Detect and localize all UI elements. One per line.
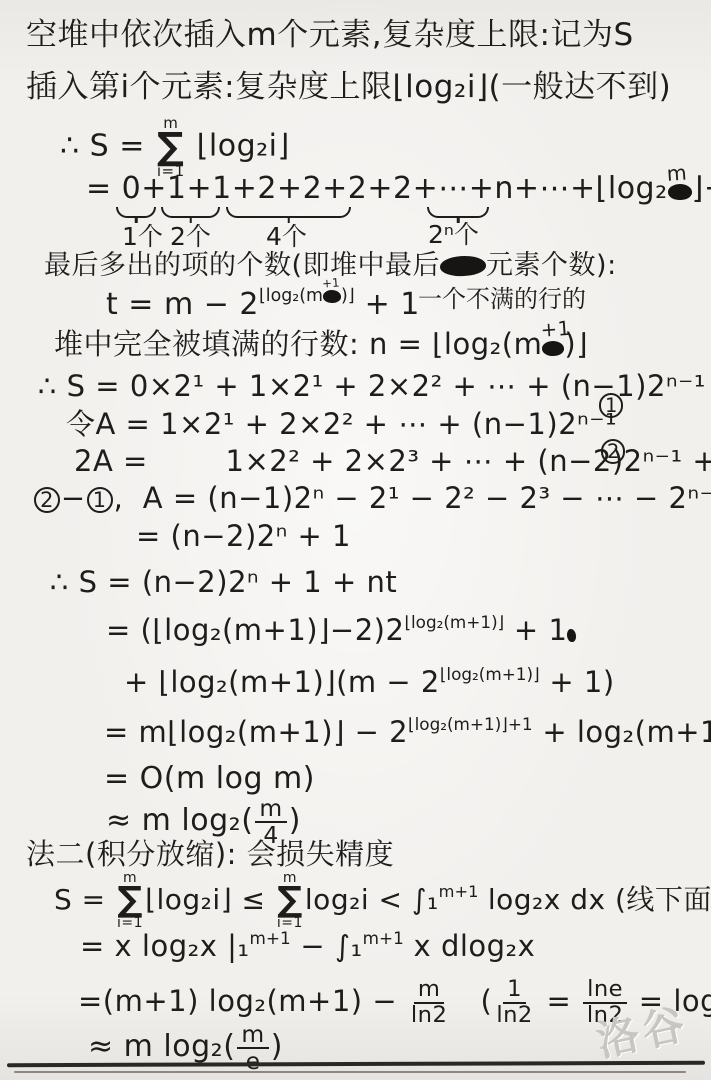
text-segment: m+1 xyxy=(250,928,291,948)
text-segment: S = xyxy=(54,883,115,916)
superscript: ⌊log₂(m+1)⌋+1 xyxy=(408,715,533,734)
text-segment: ⌊log₂(m+1)⌋ xyxy=(404,612,504,632)
line-s-expand-1: = (⌊log₂(m+1)⌋−2)2⌊log₂(m+1)⌋ + 1 xyxy=(106,614,576,647)
text-segment: = xyxy=(537,984,581,1018)
text-segment: ) xyxy=(289,803,301,838)
line-intro-line-1: 空堆中依次插入m个元素,复杂度上限:记为S xyxy=(26,18,634,54)
line-s-closed-form: ∴ S = (n−2)2ⁿ + 1 + nt xyxy=(50,566,397,599)
text-segment: log₂x dx (线下面积) xyxy=(478,883,711,916)
line-integral-bound: S = m∑i=1⌊log₂i⌋ ≤ m∑i=1log₂i < ∫₁m+1 lo… xyxy=(54,872,711,930)
scribbled-out-blob: m xyxy=(667,183,692,201)
text-segment: + log₂(m+1) + 1 xyxy=(533,715,711,749)
line-method2-heading: 法二(积分放缩): 会损失精度 xyxy=(26,838,394,871)
correction-note: 一个不满的行的 xyxy=(418,286,586,312)
line-full-rows-formula: 堆中完全被填满的行数: n = ⌊log₂(m+1)⌋ xyxy=(54,328,588,361)
text-segment: + 1 xyxy=(504,613,567,647)
text-segment: = m⌊log₂(m+1)⌋ − 2 xyxy=(104,715,408,749)
superscript: m+1 xyxy=(439,883,479,902)
line-s-expand-3: = m⌊log₂(m+1)⌋ − 2⌊log₂(m+1)⌋+1 + log₂(m… xyxy=(104,716,711,749)
text-segment: ≈ m log₂( xyxy=(106,803,253,838)
text-segment: m+1 xyxy=(363,928,404,948)
text-segment: 空堆中依次插入m个元素,复杂度上限:记为S xyxy=(26,17,634,53)
underbrace-2 xyxy=(161,207,220,218)
underbrace-1 xyxy=(116,207,156,218)
text-segment: 插入第i个元素:复杂度上限⌊log₂i⌋(一般达不到) xyxy=(26,69,671,105)
text-segment: + 1 xyxy=(355,287,420,322)
scribbled-out-blob xyxy=(439,254,486,277)
text-segment: , A = (n−1)2ⁿ − 2¹ − 2² − 2³ − ⋯ − 2ⁿ⁻¹ xyxy=(114,481,711,515)
underbrace-3 xyxy=(226,207,351,218)
insertion-above: +1 xyxy=(322,278,340,291)
superscript: ⌊log₂(m+1)⌋ xyxy=(440,665,540,684)
text-segment: log₂i < ∫₁ xyxy=(305,883,439,916)
text-segment: = (⌊log₂(m+1)⌋−2)2 xyxy=(106,613,404,647)
text-segment: x dlog₂x xyxy=(404,929,536,963)
circled-equation-number: 1 xyxy=(87,487,113,513)
eq-number-2: 2 xyxy=(600,436,626,466)
insertion-above: m xyxy=(666,162,688,184)
sum-with-limits: m∑i=1 xyxy=(277,872,303,930)
text-segment: )⌋ xyxy=(341,286,355,306)
text-segment: + ⌊log₂(m+1)⌋(m − 2 xyxy=(124,665,440,699)
insertion-above: +1 xyxy=(540,319,571,341)
text-segment: 最后多出的项的个数(即堆中最后 xyxy=(44,250,440,281)
text-segment: − ∫₁ xyxy=(291,929,363,963)
line-integral-eval: = x log₂x |₁m+1 − ∫₁m+1 x dlog₂x xyxy=(80,930,535,963)
text-segment: = O(m log m) xyxy=(104,761,315,796)
superscript: ⌊log₂(m+1)⌋ xyxy=(259,286,355,306)
text-segment: ⌋+⋯ xyxy=(692,171,711,206)
text-segment: =(m+1) log₂(m+1) − xyxy=(78,984,407,1018)
line-t-formula: t = m − 2⌊log₂(m+1)⌋ + 1 xyxy=(106,288,420,323)
notes-page: 空堆中依次插入m个元素,复杂度上限:记为S插入第i个元素:复杂度上限⌊log₂i… xyxy=(0,0,711,1080)
text-segment: ∴ S = xyxy=(60,129,155,164)
text-segment: 令A = 1×2¹ + 2×2² + ⋯ + (n−1)2ⁿ⁻¹ xyxy=(66,407,617,441)
bottom-rule-echo xyxy=(14,1071,686,1073)
text-segment: = 0+1+1+2+2+2+2+⋯+n+⋯+⌊log₂ xyxy=(86,171,668,206)
text-segment: 堆中完全被填满的行数: n = ⌊log₂(m xyxy=(54,327,542,361)
scribbled-out-blob: +1 xyxy=(323,290,342,304)
sum-with-limits: m∑i=1 xyxy=(157,116,185,178)
text-segment: = x log₂x |₁ xyxy=(80,929,250,963)
count-label-1: 1个 xyxy=(122,223,163,251)
count-label-2: 2个 xyxy=(170,223,211,251)
text-segment: + 1) xyxy=(540,665,615,699)
circled-equation-number: 1 xyxy=(599,393,623,417)
count-label-3: 4个 xyxy=(266,223,307,251)
superscript: m+1 xyxy=(250,929,291,948)
text-segment: m+1 xyxy=(439,882,479,901)
line-sum-definition: ∴ S = m∑i=1 ⌊log₂i⌋ xyxy=(60,116,290,178)
line-A-result: = (n−2)2ⁿ + 1 xyxy=(136,520,351,553)
text-segment: ⌊log₂(m xyxy=(259,286,323,306)
scribbled-out-blob: +1 xyxy=(542,340,565,356)
text-segment: ≈ m log₂( xyxy=(88,1029,235,1064)
line-intro-line-2: 插入第i个元素:复杂度上限⌊log₂i⌋(一般达不到) xyxy=(26,70,671,106)
line-s-expand-2: + ⌊log₂(m+1)⌋(m − 2⌊log₂(m+1)⌋ + 1) xyxy=(124,666,615,699)
circled-equation-number: 2 xyxy=(601,439,625,463)
sum-with-limits: m∑i=1 xyxy=(117,872,143,930)
text-segment: ∴ S = (n−2)2ⁿ + 1 + nt xyxy=(50,565,397,599)
line-A-subtract: 2−1, A = (n−1)2ⁿ − 2¹ − 2² − 2³ − ⋯ − 2ⁿ… xyxy=(33,482,711,515)
text-segment: = (n−2)2ⁿ + 1 xyxy=(136,519,351,553)
text-segment: ⌊log₂i⌋ xyxy=(187,129,290,164)
superscript: ⌊log₂(m+1)⌋ xyxy=(404,613,504,632)
text-segment: t = m − 2 xyxy=(106,287,259,322)
underbrace-4 xyxy=(427,207,489,218)
count-label-4: 2ⁿ个 xyxy=(428,221,479,249)
text-segment: 元素个数): xyxy=(486,250,617,281)
text-segment: ⌊log₂(m+1)⌋ xyxy=(440,664,540,684)
eq-number-1: 1 xyxy=(598,390,624,420)
circled-equation-number: 2 xyxy=(34,487,60,513)
text-segment: ( xyxy=(451,984,492,1018)
text-segment: ⌊log₂(m+1)⌋+1 xyxy=(408,714,533,734)
line-define-A: 令A = 1×2¹ + 2×2² + ⋯ + (n−1)2ⁿ⁻¹ xyxy=(66,408,617,441)
text-segment: 法二(积分放缩): 会损失精度 xyxy=(26,837,394,871)
scribbled-out-blob xyxy=(567,629,577,643)
text-segment: − xyxy=(61,481,86,515)
fraction: 1ln2 xyxy=(494,978,535,1028)
line-big-O-result: = O(m log m) xyxy=(104,762,315,797)
text-segment: ) xyxy=(271,1029,283,1064)
superscript: m+1 xyxy=(363,929,404,948)
text-segment: ⌊log₂i⌋ ≤ xyxy=(145,883,275,916)
fraction: mln2 xyxy=(409,978,450,1028)
line-series-expansion: = 0+1+1+2+2+2+2+⋯+n+⋯+⌊log₂m⌋+⋯ xyxy=(86,172,711,207)
